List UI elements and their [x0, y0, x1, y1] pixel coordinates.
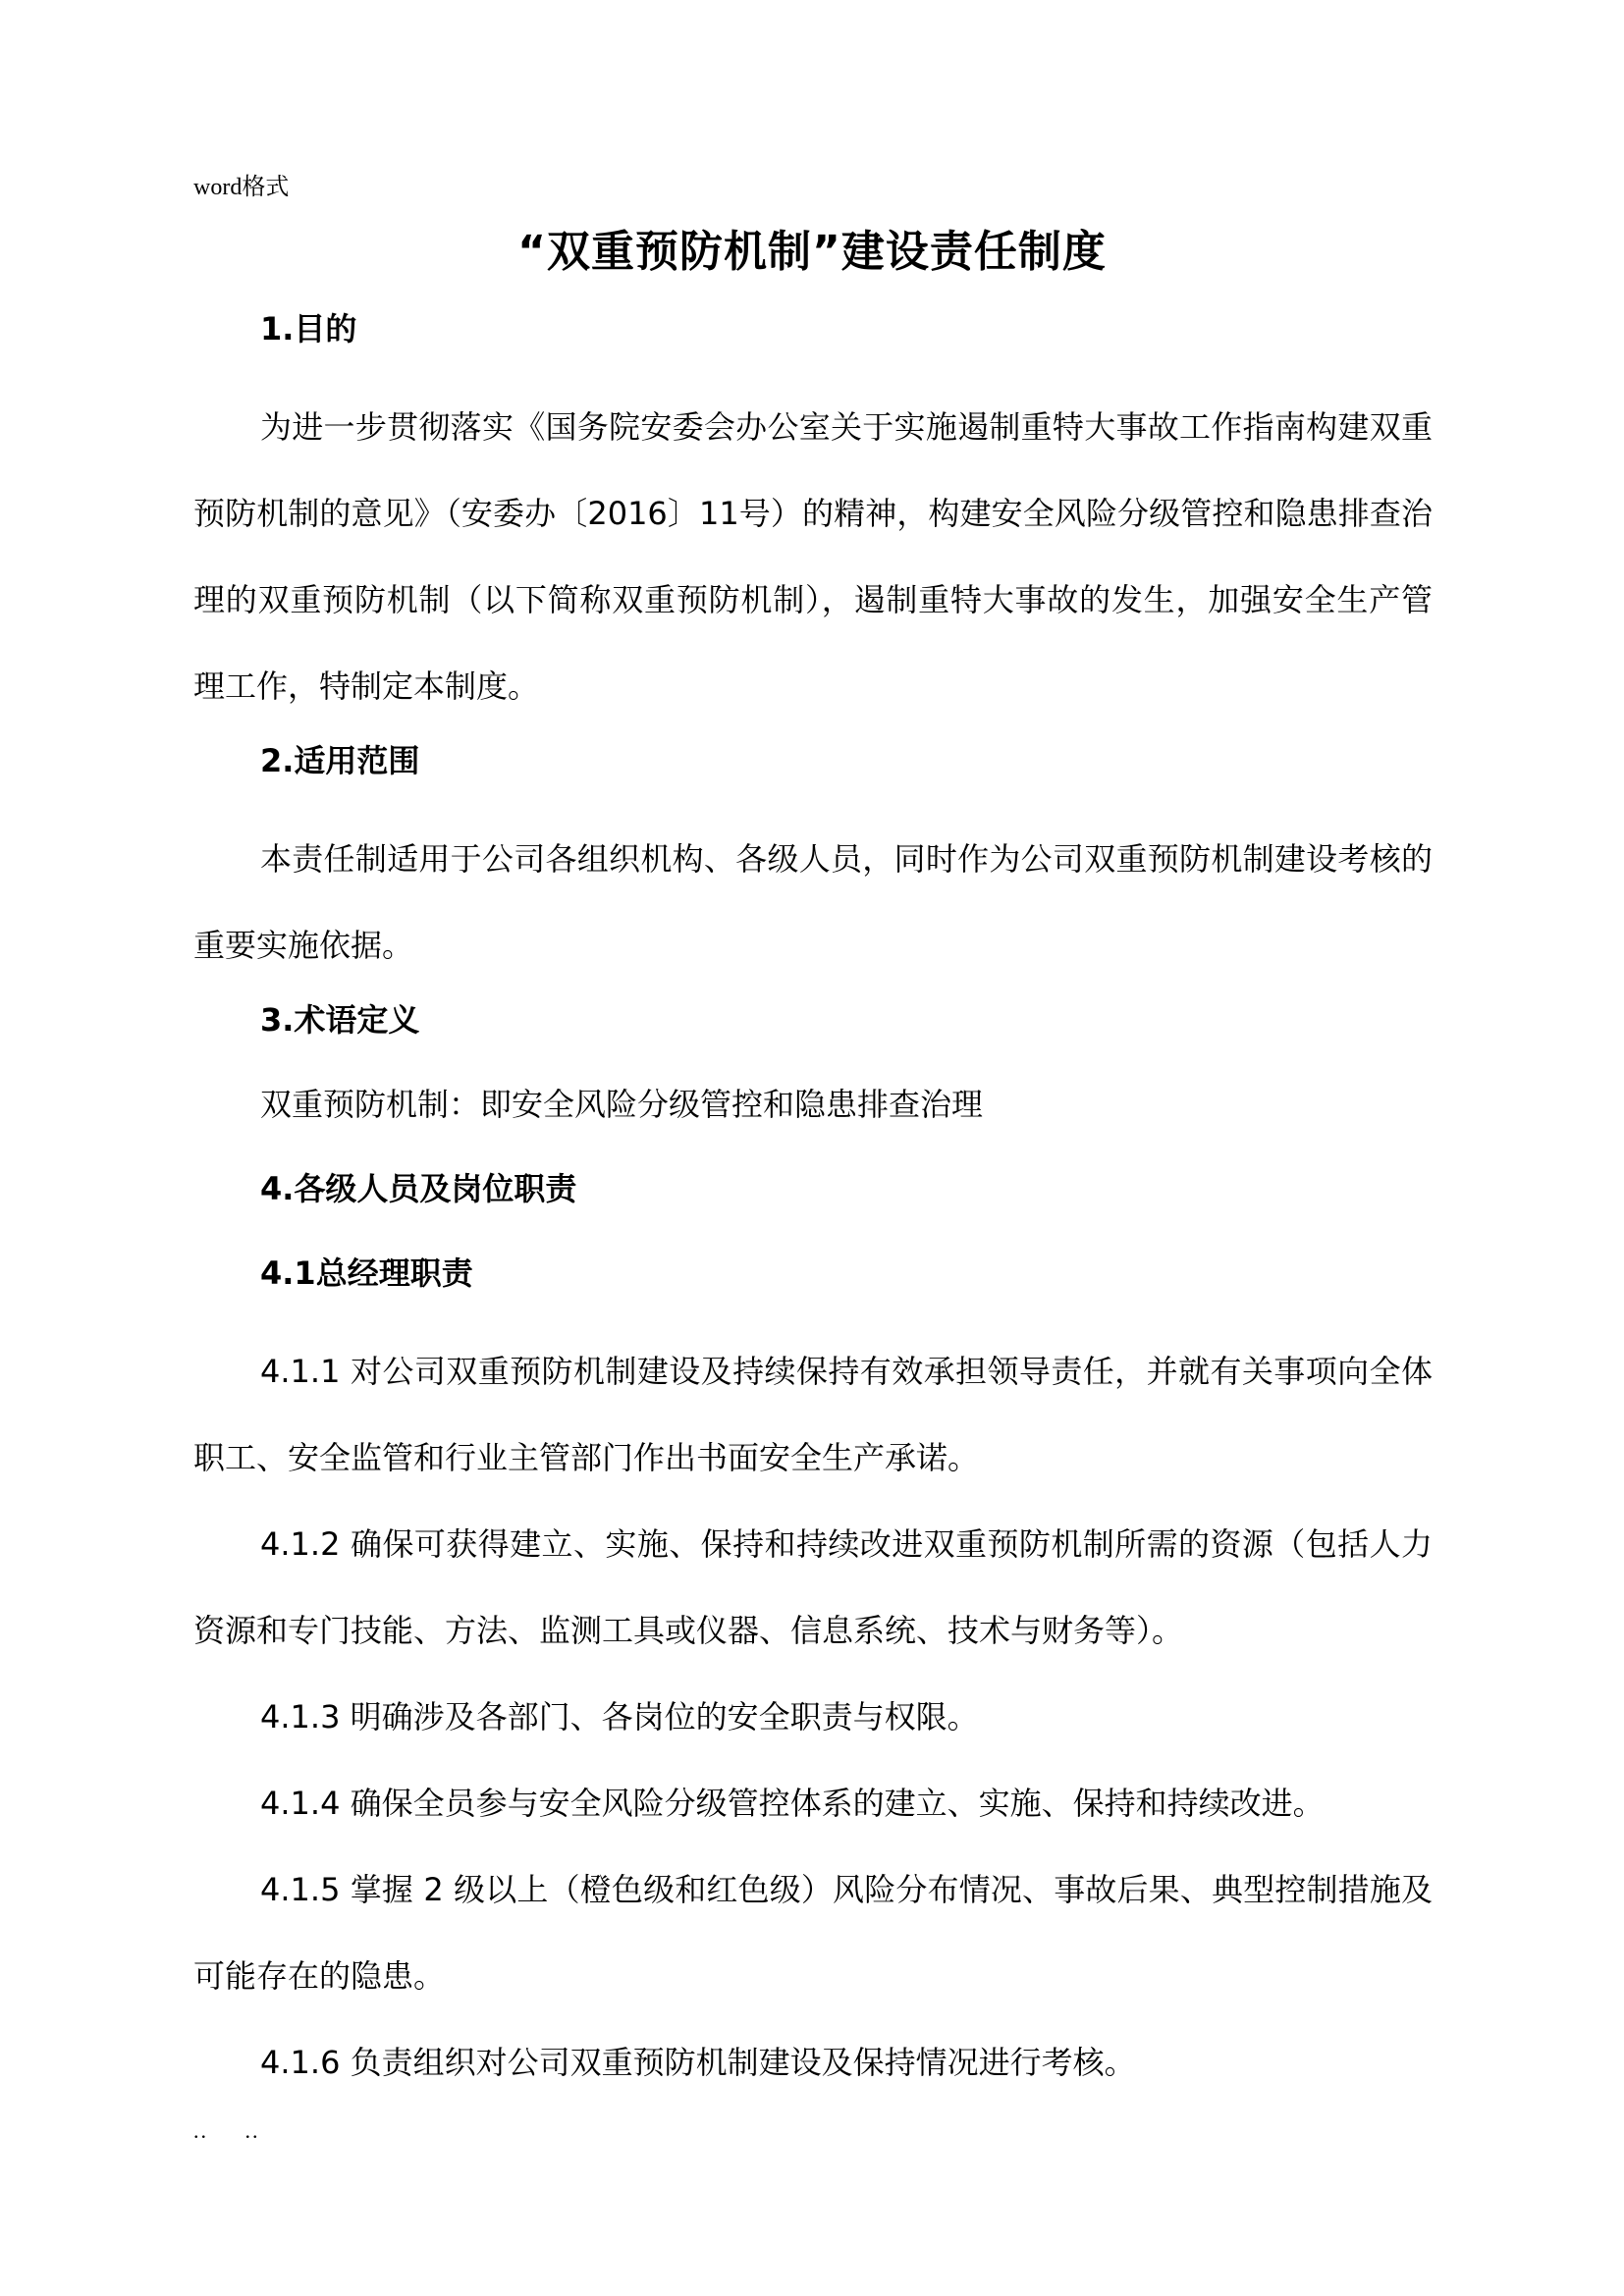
section-heading-purpose: 1.目的 [193, 299, 1433, 384]
section-heading-scope: 2.适用范围 [193, 731, 1433, 816]
paragraph-4-1-1: 4.1.1 对公司双重预防机制建设及持续保持有效承担领导责任，并就有关事项向全体… [193, 1328, 1433, 1501]
paragraph-4-1-4: 4.1.4 确保全员参与安全风险分级管控体系的建立、实施、保持和持续改进。 [193, 1760, 1433, 1846]
section-heading-definitions: 3.术语定义 [193, 990, 1433, 1075]
section-heading-general-manager: 4.1总经理职责 [193, 1244, 1433, 1328]
document-page: word格式 “双重预防机制”建设责任制度 1.目的 为进一步贯彻落实《国务院安… [0, 0, 1624, 2296]
paragraph-scope: 本责任制适用于公司各组织机构、各级人员，同时作为公司双重预防机制建设考核的重要实… [193, 816, 1433, 988]
paragraph-4-1-5: 4.1.5 掌握 2 级以上（橙色级和红色级）风险分布情况、事故后果、典型控制措… [193, 1846, 1433, 2019]
paragraph-purpose: 为进一步贯彻落实《国务院安委会办公室关于实施遏制重特大事故工作指南构建双重预防机… [193, 384, 1433, 729]
paragraph-4-1-2: 4.1.2 确保可获得建立、实施、保持和持续改进双重预防机制所需的资源（包括人力… [193, 1501, 1433, 1674]
footer-marks: .. .. [193, 2118, 290, 2144]
paragraph-4-1-3: 4.1.3 明确涉及各部门、各岗位的安全职责与权限。 [193, 1674, 1433, 1760]
footer-mark: .. [193, 2118, 208, 2143]
document-title: “双重预防机制”建设责任制度 [0, 216, 1624, 279]
paragraph-4-1-6: 4.1.6 负责组织对公司双重预防机制建设及保持情况进行考核。 [193, 2019, 1433, 2106]
header-note: word格式 [193, 167, 289, 201]
document-body: 1.目的 为进一步贯彻落实《国务院安委会办公室关于实施遏制重特大事故工作指南构建… [193, 299, 1433, 2106]
section-heading-responsibilities: 4.各级人员及岗位职责 [193, 1159, 1433, 1244]
paragraph-definition: 双重预防机制：即安全风险分级管控和隐患排查治理 [193, 1075, 1433, 1159]
footer-mark: .. [245, 2118, 260, 2143]
